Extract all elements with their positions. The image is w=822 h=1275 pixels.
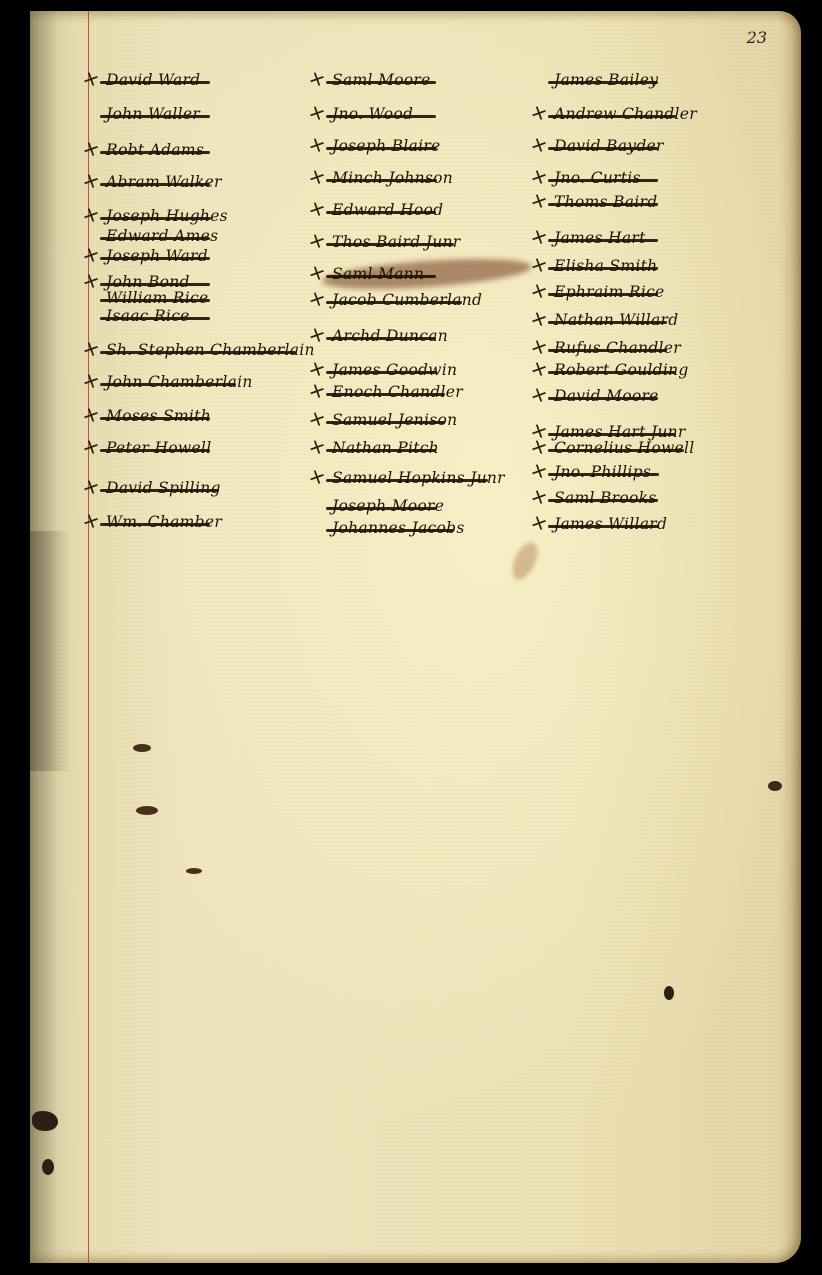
cross-mark-icon: + xyxy=(526,381,552,411)
strikethrough-line xyxy=(100,115,210,118)
manuscript-page: 23 +David WardJohn Waller+Robt Adams+Abr… xyxy=(30,11,801,1263)
cross-mark-icon: + xyxy=(304,463,330,493)
entry-name: Nathan Pitch xyxy=(332,439,439,457)
cross-mark-icon: + xyxy=(304,227,330,257)
entry-name: Minch Johnson xyxy=(332,169,453,187)
cross-mark-icon: + xyxy=(526,355,552,385)
cross-mark-icon: + xyxy=(304,99,330,129)
strikethrough-line xyxy=(548,203,658,206)
entry-name: Archd Duncan xyxy=(332,327,448,345)
strikethrough-line xyxy=(326,211,436,214)
strikethrough-line xyxy=(326,337,436,340)
cross-mark-icon: + xyxy=(78,473,104,503)
entry-name: James Bailey xyxy=(554,71,658,89)
strikethrough-line xyxy=(548,433,676,436)
cross-mark-icon: + xyxy=(78,507,104,537)
strikethrough-line xyxy=(326,449,436,452)
strikethrough-line xyxy=(326,529,454,532)
cross-mark-icon: + xyxy=(304,433,330,463)
entry-name: Cornelius Howell xyxy=(554,439,695,457)
cross-mark-icon: + xyxy=(526,457,552,487)
entry-name: Saml Mann xyxy=(332,265,424,283)
entry-name: David Spilling xyxy=(106,479,221,497)
entry-name: Joseph Hughes xyxy=(106,207,228,225)
strikethrough-line xyxy=(326,275,436,278)
cross-mark-icon: + xyxy=(78,167,104,197)
strikethrough-line xyxy=(548,371,676,374)
cross-mark-icon: + xyxy=(304,163,330,193)
cross-mark-icon: + xyxy=(78,401,104,431)
cross-mark-icon: + xyxy=(78,267,104,297)
strikethrough-line xyxy=(100,257,210,260)
strikethrough-line xyxy=(548,115,676,118)
ink-blot xyxy=(136,806,158,815)
entry-name: Edward Hood xyxy=(332,201,443,219)
entry-name: Robert Goulding xyxy=(554,361,689,379)
entry-name: Moses Smith xyxy=(106,407,211,425)
entry-name: James Hart xyxy=(554,229,646,247)
cross-mark-icon: + xyxy=(304,285,330,315)
strikethrough-line xyxy=(326,147,437,150)
cross-mark-icon: + xyxy=(526,131,552,161)
cross-mark-icon: + xyxy=(526,251,552,281)
ink-blot xyxy=(42,1159,54,1175)
margin-rule-line xyxy=(88,11,89,1263)
entry-name: John Chamberlain xyxy=(106,373,253,391)
entry-name: Peter Howell xyxy=(106,439,211,457)
entry-name: Abram Walker xyxy=(106,173,222,191)
strikethrough-line xyxy=(548,525,659,528)
strikethrough-line xyxy=(548,397,658,400)
entry-name: Thos Baird Junr xyxy=(332,233,460,251)
ink-blot xyxy=(133,744,151,752)
strikethrough-line xyxy=(100,283,210,286)
brown-stain xyxy=(507,539,542,584)
strikethrough-line xyxy=(326,301,462,304)
strikethrough-line xyxy=(326,179,437,182)
cross-mark-icon: + xyxy=(526,277,552,307)
strikethrough-line xyxy=(100,383,236,386)
strikethrough-line xyxy=(326,421,445,424)
strikethrough-line xyxy=(100,237,210,240)
entry-name: Robt Adams xyxy=(106,141,204,159)
entry-name: Samuel Jenison xyxy=(332,411,457,429)
strikethrough-line xyxy=(548,293,658,296)
gutter-shadow-fold xyxy=(30,531,70,771)
entry-name: Elisha Smith xyxy=(554,257,657,275)
entry-name: Saml Moore xyxy=(332,71,431,89)
folio-number: 23 xyxy=(747,28,767,47)
ink-blot xyxy=(768,781,782,791)
strikethrough-line xyxy=(548,449,684,452)
strikethrough-line xyxy=(548,473,659,476)
cross-mark-icon: + xyxy=(304,405,330,435)
entry-name: Enoch Chandler xyxy=(332,383,463,401)
ink-blot xyxy=(186,868,202,874)
entry-name: Johannes Jacobs xyxy=(332,519,465,537)
cross-mark-icon: + xyxy=(526,99,552,129)
cross-mark-icon: + xyxy=(78,201,104,231)
strikethrough-line xyxy=(100,151,210,154)
entry-name: Thoms Baird xyxy=(554,193,657,211)
entry-name: Saml Brooks xyxy=(554,489,657,507)
strikethrough-line xyxy=(100,523,210,526)
entry-name: Isaac Rice xyxy=(106,307,190,325)
ink-blot xyxy=(664,986,674,1000)
strikethrough-line xyxy=(548,349,667,352)
strikethrough-line xyxy=(100,299,210,302)
entry-name: Jno. Curtis xyxy=(554,169,641,187)
entry-name: Wm. Chamber xyxy=(106,513,222,531)
strikethrough-line xyxy=(100,183,210,186)
entry-name: Sh. Stephen Chamberlain xyxy=(106,341,315,359)
strikethrough-line xyxy=(326,507,436,510)
cross-mark-icon: + xyxy=(78,65,104,95)
strikethrough-line xyxy=(548,239,658,242)
ink-blot xyxy=(32,1111,58,1131)
entry-name: James Willard xyxy=(554,515,667,533)
cross-mark-icon: + xyxy=(526,483,552,513)
cross-mark-icon: + xyxy=(78,367,104,397)
strikethrough-line xyxy=(326,243,454,246)
entry-name: Jno. Phillips xyxy=(554,463,651,481)
cross-mark-icon: + xyxy=(526,509,552,539)
cross-mark-icon: + xyxy=(78,433,104,463)
cross-mark-icon: + xyxy=(304,195,330,225)
cross-mark-icon: + xyxy=(304,65,330,95)
entry-name: Edward Ames xyxy=(106,227,218,245)
strikethrough-line xyxy=(548,267,658,270)
strikethrough-line xyxy=(326,479,488,482)
strikethrough-line xyxy=(100,489,219,492)
strikethrough-line xyxy=(100,449,210,452)
entry-name: David Ward xyxy=(106,71,200,89)
entry-name: Nathan Willard xyxy=(554,311,678,329)
cross-mark-icon: + xyxy=(526,223,552,253)
cross-mark-icon: + xyxy=(78,241,104,271)
entry-name: James Goodwin xyxy=(332,361,457,379)
strikethrough-line xyxy=(548,321,667,324)
strikethrough-line xyxy=(548,81,658,84)
strikethrough-line xyxy=(326,393,445,396)
entry-name: David Moore xyxy=(554,387,659,405)
cross-mark-icon: + xyxy=(526,187,552,217)
cross-mark-icon: + xyxy=(78,335,104,365)
strikethrough-line xyxy=(100,351,296,354)
entry-name: Jacob Cumberland xyxy=(332,291,482,309)
entry-name: John Waller xyxy=(106,105,200,123)
entry-name: Jno. Wood xyxy=(332,105,413,123)
strikethrough-line xyxy=(548,147,658,150)
entry-name: Joseph Blaire xyxy=(332,137,441,155)
strikethrough-line xyxy=(100,217,211,220)
strikethrough-line xyxy=(326,115,436,118)
strikethrough-line xyxy=(100,81,210,84)
entry-name: Joseph Moore xyxy=(332,497,444,515)
strikethrough-line xyxy=(100,417,210,420)
strikethrough-line xyxy=(548,499,658,502)
cross-mark-icon: + xyxy=(304,377,330,407)
entry-name: David Bayder xyxy=(554,137,664,155)
strikethrough-line xyxy=(548,179,658,182)
cross-mark-icon: + xyxy=(304,131,330,161)
cross-mark-icon: + xyxy=(526,305,552,335)
entry-name: Joseph Ward xyxy=(106,247,208,265)
entry-name: Rufus Chandler xyxy=(554,339,681,357)
entry-name: Andrew Chandler xyxy=(554,105,697,123)
entry-name: Ephraim Rice xyxy=(554,283,665,301)
entry-name: Samuel Hopkins Junr xyxy=(332,469,505,487)
strikethrough-line xyxy=(326,81,436,84)
strikethrough-line xyxy=(100,317,210,320)
strikethrough-line xyxy=(326,371,437,374)
cross-mark-icon: + xyxy=(78,135,104,165)
entry-name: William Rice xyxy=(106,289,208,307)
